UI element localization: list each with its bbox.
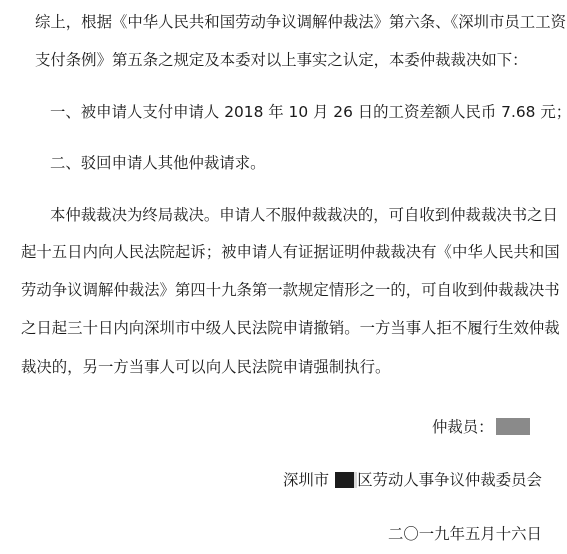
intro-line-1: 综上，根据《中华人民共和国劳动争议调解仲裁法》第六条、《深圳市员工工资 — [35, 12, 566, 32]
notice-line-5: 裁决的，另一方当事人可以向人民法院申请强制执行。 — [21, 357, 390, 377]
notice-line-2: 起十五日内向人民法院起诉；被申请人有证据证明仲裁裁决有《中华人民共和国 — [21, 242, 560, 262]
notice-line-1: 本仲裁裁决为终局裁决。申请人不服仲裁裁决的，可自收到仲裁裁决书之日 — [50, 205, 558, 225]
notice-line-3: 劳动争议调解仲裁法》第四十九条第一款规定情形之一的，可自收到仲裁裁决书 — [21, 280, 560, 300]
ruling-2: 二、驳回申请人其他仲裁请求。 — [50, 153, 265, 173]
decision-date: 二〇一九年五月十六日 — [388, 524, 542, 544]
redacted-arbitrator-name — [496, 418, 530, 435]
committee-suffix: 区劳动人事争议仲裁委员会 — [357, 471, 542, 489]
arbitrator-label: 仲裁员： — [432, 418, 494, 436]
arbitrator-line: 仲裁员： — [432, 417, 530, 437]
committee-line: 深圳市区劳动人事争议仲裁委员会 — [283, 470, 542, 490]
notice-line-4: 之日起三十日内向深圳市中级人民法院申请撤销。一方当事人拒不履行生效仲裁 — [21, 318, 560, 338]
committee-prefix: 深圳市 — [283, 471, 329, 489]
redacted-district-name — [335, 472, 354, 488]
intro-line-2: 支付条例》第五条之规定及本委对以上事实之认定，本委仲裁裁决如下： — [35, 50, 528, 70]
ruling-1: 一、被申请人支付申请人 2018 年 10 月 26 日的工资差额人民币 7.6… — [50, 102, 567, 122]
